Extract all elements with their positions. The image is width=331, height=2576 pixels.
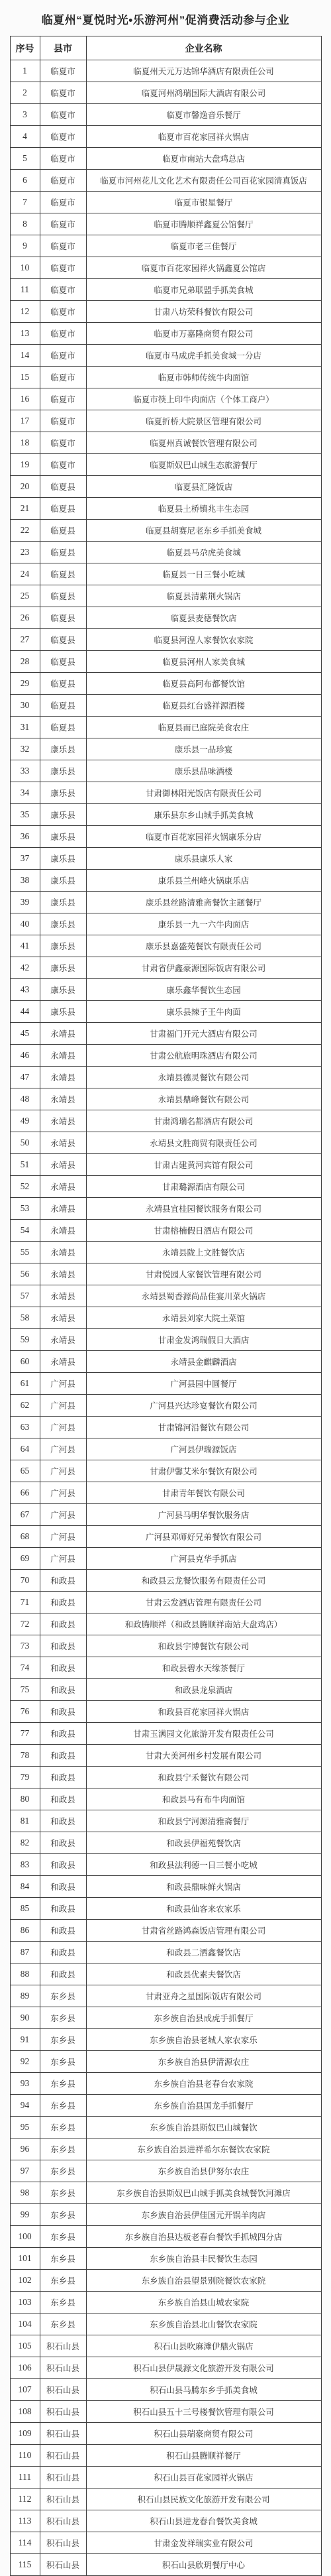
table-row: 10临夏市临夏市百花家园祥火锅鑫夏公馆店 xyxy=(10,257,321,279)
company-name-cell: 和政县马有布牛肉面馆 xyxy=(86,1788,321,1810)
table-row: 68广河县广河县邓师好兄弟餐饮有限公司 xyxy=(10,1526,321,1548)
county-cell: 积石山县 xyxy=(40,2445,86,2467)
county-cell: 康乐县 xyxy=(40,913,86,935)
row-index-cell: 61 xyxy=(10,1373,40,1395)
row-index-cell: 4 xyxy=(10,126,40,148)
county-cell: 康乐县 xyxy=(40,870,86,892)
company-name-cell: 东乡族自治县丰民餐饮生态园 xyxy=(86,2248,321,2270)
table-row: 98东乡县东乡族自治县斯奴巴山城手抓美食城餐饮河滩店 xyxy=(10,2182,321,2204)
county-cell: 永靖县 xyxy=(40,1176,86,1198)
table-row: 29临夏县临夏县高阿布都餐饮馆 xyxy=(10,673,321,695)
company-name-cell: 积石山县腾顺祥餐厅 xyxy=(86,2445,321,2467)
table-row: 103东乡县东乡族自治县山城农家院 xyxy=(10,2292,321,2313)
row-index-cell: 112 xyxy=(10,2488,40,2510)
county-cell: 积石山县 xyxy=(40,2532,86,2554)
county-cell: 永靖县 xyxy=(40,1023,86,1045)
company-name-cell: 临夏县而已庭院美食农庄 xyxy=(86,717,321,738)
company-name-cell: 积石山县伊晟源文化旅游开发有限公司 xyxy=(86,2357,321,2379)
table-row: 89东乡县甘肃亚舟之星国际饭店有限公司 xyxy=(10,1985,321,2007)
company-name-cell: 临夏州天元万达锦华酒店有限责任公司 xyxy=(86,60,321,82)
row-index-cell: 87 xyxy=(10,1942,40,1963)
table-row: 11临夏市临夏市兄弟联盟手抓美食城 xyxy=(10,279,321,301)
company-name-cell: 甘肃古建黄河宾馆有限公司 xyxy=(86,1154,321,1176)
table-row: 21临夏县临夏县土桥镇兆丰生态园 xyxy=(10,498,321,520)
table-row: 55永靖县永靖县陇上文胜餐饮店 xyxy=(10,1242,321,1263)
company-name-cell: 甘肃鸿瑞名都酒店有限公司 xyxy=(86,1110,321,1132)
company-name-cell: 永靖县德灵餐饮有限公司 xyxy=(86,1067,321,1088)
table-row: 69广河县广河县克华手抓店 xyxy=(10,1548,321,1570)
company-name-cell: 康乐县东乡山城手抓美食城 xyxy=(86,804,321,826)
county-cell: 康乐县 xyxy=(40,760,86,782)
table-row: 18临夏市临夏州真诚餐饮管理有限公司 xyxy=(10,432,321,454)
table-row: 20临夏县临夏县汇隆饭店 xyxy=(10,476,321,498)
table-row: 100东乡县东乡族自治县达板老春台餐饮手抓城四分店 xyxy=(10,2226,321,2248)
table-row: 28临夏县临夏县河州人家美食城 xyxy=(10,651,321,673)
table-row: 8临夏市临夏市腾顺祥鑫夏公馆餐厅 xyxy=(10,213,321,235)
company-name-cell: 临夏县河州人家美食城 xyxy=(86,651,321,673)
table-row: 43康乐县康乐鑫华餐饮生态园 xyxy=(10,979,321,1001)
row-index-cell: 37 xyxy=(10,848,40,870)
county-cell: 康乐县 xyxy=(40,892,86,913)
county-cell: 永靖县 xyxy=(40,1132,86,1154)
row-index-cell: 58 xyxy=(10,1307,40,1329)
company-name-cell: 康乐鑫华餐饮生态园 xyxy=(86,979,321,1001)
table-row: 31临夏县临夏县而已庭院美食农庄 xyxy=(10,717,321,738)
row-index-cell: 75 xyxy=(10,1679,40,1701)
company-name-cell: 和政腾顺祥（和政县腾顺祥南站大盘鸡店） xyxy=(86,1613,321,1635)
county-cell: 临夏县 xyxy=(40,476,86,498)
row-index-cell: 10 xyxy=(10,257,40,279)
row-index-cell: 27 xyxy=(10,629,40,651)
company-name-cell: 积石山县瑞豪商贸有限公司 xyxy=(86,2423,321,2445)
row-index-cell: 49 xyxy=(10,1110,40,1132)
company-name-cell: 临夏市腾顺祥鑫夏公馆餐厅 xyxy=(86,213,321,235)
row-index-cell: 90 xyxy=(10,2007,40,2029)
row-index-cell: 1 xyxy=(10,60,40,82)
county-cell: 临夏县 xyxy=(40,629,86,651)
table-row: 49永靖县甘肃鸿瑞名都酒店有限公司 xyxy=(10,1110,321,1132)
company-name-cell: 和政县宁河源清雅斋餐厅 xyxy=(86,1810,321,1832)
county-cell: 东乡县 xyxy=(40,2204,86,2226)
table-row: 79和政县和政县宁禾餐饮有限公司 xyxy=(10,1767,321,1788)
county-cell: 永靖县 xyxy=(40,1045,86,1067)
company-name-cell: 临夏折桥大院景区管理有限公司 xyxy=(86,410,321,432)
company-name-cell: 东乡族自治县老城人家农家乐 xyxy=(86,2029,321,2051)
table-row: 61广河县广河县园中圆餐厅 xyxy=(10,1373,321,1395)
county-cell: 和政县 xyxy=(40,1832,86,1854)
company-name-cell: 和政县百花家园祥火锅店 xyxy=(86,1701,321,1723)
company-name-cell: 甘肃福门开元大酒店有限公司 xyxy=(86,1023,321,1045)
table-row: 71和政县甘肃云发酒店管理有限责任公司 xyxy=(10,1592,321,1613)
row-index-cell: 92 xyxy=(10,2051,40,2073)
company-name-cell: 东乡族自治县山城农家院 xyxy=(86,2292,321,2313)
row-index-cell: 39 xyxy=(10,892,40,913)
table-row: 25临夏县临夏县清紫荆火锅店 xyxy=(10,585,321,607)
company-name-cell: 临夏市老三佳餐厅 xyxy=(86,235,321,257)
county-cell: 和政县 xyxy=(40,1613,86,1635)
table-row: 60永靖县永靖县金麒麟酒店 xyxy=(10,1351,321,1373)
county-cell: 永靖县 xyxy=(40,1220,86,1242)
row-index-cell: 96 xyxy=(10,2138,40,2160)
row-index-cell: 22 xyxy=(10,520,40,542)
company-name-cell: 广河县伊瑞源饭店 xyxy=(86,1438,321,1460)
table-row: 67广河县广河县马明华餐饮服务店 xyxy=(10,1504,321,1526)
column-header-company-name: 企业名称 xyxy=(86,36,321,60)
county-cell: 广河县 xyxy=(40,1438,86,1460)
company-name-cell: 东乡族自治县老春台农家院 xyxy=(86,2073,321,2095)
row-index-cell: 70 xyxy=(10,1570,40,1592)
row-index-cell: 9 xyxy=(10,235,40,257)
table-row: 65广河县甘肃伊馨艾米尔餐饮有限公司 xyxy=(10,1460,321,1482)
row-index-cell: 50 xyxy=(10,1132,40,1154)
county-cell: 和政县 xyxy=(40,1810,86,1832)
company-name-cell: 和政县法利德一日三餐小吃城 xyxy=(86,1854,321,1876)
county-cell: 积石山县 xyxy=(40,2379,86,2401)
table-row: 47永靖县永靖县德灵餐饮有限公司 xyxy=(10,1067,321,1088)
row-index-cell: 82 xyxy=(10,1832,40,1854)
county-cell: 和政县 xyxy=(40,1854,86,1876)
company-name-cell: 和政县碧水天缘茶餐厅 xyxy=(86,1657,321,1679)
table-row: 57永靖县永靖县蜀香源尚品佳宴川菜火锅店 xyxy=(10,1285,321,1307)
company-name-cell: 临夏市筷上印牛肉面店（个体工商户） xyxy=(86,388,321,410)
company-name-cell: 临夏县一日三餐小吃城 xyxy=(86,563,321,585)
company-name-cell: 东乡族自治县斯奴巴山城手抓美食城餐饮河滩店 xyxy=(86,2182,321,2204)
table-row: 77和政县甘肃玉满园文化旅游开发有限责任公司 xyxy=(10,1723,321,1745)
company-name-cell: 康乐县品味酒楼 xyxy=(86,760,321,782)
company-name-cell: 临夏市马成虎手抓美食城一分店 xyxy=(86,345,321,367)
company-name-cell: 东乡族自治县达板老春台餐饮手抓城四分店 xyxy=(86,2226,321,2248)
county-cell: 和政县 xyxy=(40,1898,86,1920)
company-name-cell: 甘肃云发酒店管理有限责任公司 xyxy=(86,1592,321,1613)
company-name-cell: 临夏县麦德餐饮店 xyxy=(86,607,321,629)
table-row: 53永靖县永靖县宜桂园餐饮服务有限公司 xyxy=(10,1198,321,1220)
county-cell: 临夏市 xyxy=(40,192,86,213)
column-header-county: 县市 xyxy=(40,36,86,60)
company-name-cell: 临夏县清紫荆火锅店 xyxy=(86,585,321,607)
table-row: 5临夏市临夏市南站大盘鸡总店 xyxy=(10,148,321,170)
company-name-cell: 甘肃青年餐饮有限公司 xyxy=(86,1482,321,1504)
table-row: 80和政县和政县马有布牛肉面馆 xyxy=(10,1788,321,1810)
table-row: 26临夏县临夏县麦德餐饮店 xyxy=(10,607,321,629)
company-name-cell: 临夏县高阿布都餐饮馆 xyxy=(86,673,321,695)
row-index-cell: 71 xyxy=(10,1592,40,1613)
row-index-cell: 23 xyxy=(10,542,40,563)
table-row: 110积石山县积石山县腾顺祥餐厅 xyxy=(10,2445,321,2467)
company-name-cell: 临夏县土桥镇兆丰生态园 xyxy=(86,498,321,520)
header-row: 序号 县市 企业名称 xyxy=(10,36,321,60)
company-name-cell: 甘肃省伊鑫豪源国际饭店有限公司 xyxy=(86,957,321,979)
company-name-cell: 康乐县丝路清雅斋餐饮主题餐厅 xyxy=(86,892,321,913)
row-index-cell: 44 xyxy=(10,1001,40,1023)
table-row: 59永靖县甘肃金发鸿瑞假日大酒店 xyxy=(10,1329,321,1351)
table-row: 51永靖县甘肃古建黄河宾馆有限公司 xyxy=(10,1154,321,1176)
county-cell: 永靖县 xyxy=(40,1067,86,1088)
table-row: 109积石山县积石山县瑞豪商贸有限公司 xyxy=(10,2423,321,2445)
table-row: 73和政县和政县宇博餐饮有限公司 xyxy=(10,1635,321,1657)
table-row: 39康乐县康乐县丝路清雅斋餐饮主题餐厅 xyxy=(10,892,321,913)
row-index-cell: 67 xyxy=(10,1504,40,1526)
row-index-cell: 68 xyxy=(10,1526,40,1548)
company-name-cell: 东乡族自治县伊佳国元开锅羊肉店 xyxy=(86,2204,321,2226)
county-cell: 和政县 xyxy=(40,1592,86,1613)
county-cell: 临夏市 xyxy=(40,345,86,367)
table-row: 7临夏市临夏市银星餐厅 xyxy=(10,192,321,213)
county-cell: 永靖县 xyxy=(40,1307,86,1329)
company-name-cell: 和政县宇博餐饮有限公司 xyxy=(86,1635,321,1657)
county-cell: 临夏市 xyxy=(40,301,86,323)
company-name-cell: 广河县马明华餐饮服务店 xyxy=(86,1504,321,1526)
row-index-cell: 83 xyxy=(10,1854,40,1876)
table-row: 15临夏市临夏市韩师传统牛肉面馆 xyxy=(10,367,321,388)
row-index-cell: 40 xyxy=(10,913,40,935)
county-cell: 积石山县 xyxy=(40,2510,86,2532)
table-row: 78和政县甘肃大美河州乡村发展有限公司 xyxy=(10,1745,321,1767)
table-row: 30临夏县临夏县红台盛祥源酒楼 xyxy=(10,695,321,717)
county-cell: 东乡县 xyxy=(40,2095,86,2117)
table-row: 17临夏市临夏折桥大院景区管理有限公司 xyxy=(10,410,321,432)
table-row: 4临夏市临夏市百花家园祥火锅店 xyxy=(10,126,321,148)
county-cell: 永靖县 xyxy=(40,1329,86,1351)
table-row: 44康乐县康乐县辣子王牛肉面 xyxy=(10,1001,321,1023)
row-index-cell: 53 xyxy=(10,1198,40,1220)
county-cell: 广河县 xyxy=(40,1395,86,1417)
row-index-cell: 105 xyxy=(10,2335,40,2357)
table-row: 63广河县甘肃锦河沿餐饮有限公司 xyxy=(10,1417,321,1438)
company-name-cell: 甘肃悦园人家餐饮管理有限公司 xyxy=(86,1263,321,1285)
company-name-cell: 东乡族自治县斯奴巴山城餐饮 xyxy=(86,2117,321,2138)
table-row: 74和政县和政县碧水天缘茶餐厅 xyxy=(10,1657,321,1679)
table-row: 83和政县和政县法利德一日三餐小吃城 xyxy=(10,1854,321,1876)
row-index-cell: 91 xyxy=(10,2029,40,2051)
county-cell: 东乡县 xyxy=(40,2292,86,2313)
company-name-cell: 康乐县一九一六牛肉面店 xyxy=(86,913,321,935)
county-cell: 和政县 xyxy=(40,1876,86,1898)
row-index-cell: 52 xyxy=(10,1176,40,1198)
table-row: 99东乡县东乡族自治县伊佳国元开锅羊肉店 xyxy=(10,2204,321,2226)
county-cell: 东乡县 xyxy=(40,2007,86,2029)
row-index-cell: 17 xyxy=(10,410,40,432)
row-index-cell: 76 xyxy=(10,1701,40,1723)
table-row: 37康乐县康乐县康乐人家 xyxy=(10,848,321,870)
county-cell: 临夏市 xyxy=(40,279,86,301)
county-cell: 康乐县 xyxy=(40,826,86,848)
company-name-cell: 临夏县胡赛尼老东乡手抓美食城 xyxy=(86,520,321,542)
row-index-cell: 95 xyxy=(10,2117,40,2138)
row-index-cell: 28 xyxy=(10,651,40,673)
row-index-cell: 107 xyxy=(10,2379,40,2401)
row-index-cell: 35 xyxy=(10,804,40,826)
company-name-cell: 康乐县辣子王牛肉面 xyxy=(86,1001,321,1023)
table-row: 75和政县和政县龙泉酒店 xyxy=(10,1679,321,1701)
row-index-cell: 88 xyxy=(10,1963,40,1985)
row-index-cell: 11 xyxy=(10,279,40,301)
county-cell: 临夏市 xyxy=(40,257,86,279)
company-name-cell: 永靖县鼎峰餐饮有限公司 xyxy=(86,1088,321,1110)
row-index-cell: 12 xyxy=(10,301,40,323)
county-cell: 永靖县 xyxy=(40,1154,86,1176)
table-row: 70和政县和政县云龙餐饮服务有限责任公司 xyxy=(10,1570,321,1592)
row-index-cell: 54 xyxy=(10,1220,40,1242)
company-name-cell: 永靖县宜桂园餐饮服务有限公司 xyxy=(86,1198,321,1220)
company-name-cell: 东乡族自治县伊清源农庄 xyxy=(86,2051,321,2073)
company-name-cell: 临夏市馨逸音乐餐厅 xyxy=(86,104,321,126)
table-row: 14临夏市临夏市马成虎手抓美食城一分店 xyxy=(10,345,321,367)
table-row: 115积石山县积石山县欣玥餐厅中心 xyxy=(10,2554,321,2576)
county-cell: 临夏县 xyxy=(40,498,86,520)
company-name-cell: 康乐县兰州峰火锅康乐店 xyxy=(86,870,321,892)
company-name-cell: 永靖县文胜商贸有限责任公司 xyxy=(86,1132,321,1154)
company-name-cell: 甘肃八坊荣科餐饮有限公司 xyxy=(86,301,321,323)
county-cell: 康乐县 xyxy=(40,848,86,870)
table-row: 58永靖县永靖县刘家大院土菜馆 xyxy=(10,1307,321,1329)
table-row: 56永靖县甘肃悦园人家餐饮管理有限公司 xyxy=(10,1263,321,1285)
table-row: 114积石山县甘肃金发祥瑞实业有限公司 xyxy=(10,2532,321,2554)
row-index-cell: 30 xyxy=(10,695,40,717)
row-index-cell: 42 xyxy=(10,957,40,979)
table-row: 88和政县和政县优素夫餐饮店 xyxy=(10,1963,321,1985)
company-name-cell: 东乡族自治县伊努尔农庄 xyxy=(86,2160,321,2182)
county-cell: 和政县 xyxy=(40,1963,86,1985)
table-row: 2临夏市临夏河州鸿瑞国际大酒店有限公司 xyxy=(10,82,321,104)
company-name-cell: 和政县优素夫餐饮店 xyxy=(86,1963,321,1985)
table-row: 66广河县甘肃青年餐饮有限公司 xyxy=(10,1482,321,1504)
company-name-cell: 康乐县康乐人家 xyxy=(86,848,321,870)
company-name-cell: 积石山县欣玥餐厅中心 xyxy=(86,2554,321,2576)
county-cell: 积石山县 xyxy=(40,2554,86,2576)
row-index-cell: 16 xyxy=(10,388,40,410)
company-name-cell: 广河县兴达珍宴餐饮有限公司 xyxy=(86,1395,321,1417)
row-index-cell: 103 xyxy=(10,2292,40,2313)
county-cell: 临夏市 xyxy=(40,104,86,126)
company-name-cell: 临夏县汇隆饭店 xyxy=(86,476,321,498)
table-row: 112积石山县积石山县民族文化旅游开发有限公司 xyxy=(10,2488,321,2510)
county-cell: 东乡县 xyxy=(40,2160,86,2182)
row-index-cell: 73 xyxy=(10,1635,40,1657)
table-row: 52永靖县甘肃璐源酒店有限公司 xyxy=(10,1176,321,1198)
company-name-cell: 临夏县河湟人家餐饮农家院 xyxy=(86,629,321,651)
table-row: 111积石山县积石山县百花家园祥火锅店 xyxy=(10,2467,321,2488)
row-index-cell: 43 xyxy=(10,979,40,1001)
row-index-cell: 8 xyxy=(10,213,40,235)
company-name-cell: 和政县宁禾餐饮有限公司 xyxy=(86,1767,321,1788)
company-name-cell: 临夏市河州花儿文化艺术有限责任公司百花家园清真饭店 xyxy=(86,170,321,192)
row-index-cell: 63 xyxy=(10,1417,40,1438)
county-cell: 临夏县 xyxy=(40,673,86,695)
participants-table: 序号 县市 企业名称 1临夏市临夏州天元万达锦华酒店有限责任公司2临夏市临夏河州… xyxy=(10,36,322,2576)
table-row: 36康乐县临夏市百花家园祥火锅康乐分店 xyxy=(10,826,321,848)
row-index-cell: 7 xyxy=(10,192,40,213)
county-cell: 东乡县 xyxy=(40,2182,86,2204)
page-title: 临夏州“夏悦时光•乐游河州”促消费活动参与企业 xyxy=(0,0,331,36)
company-name-cell: 广河县邓师好兄弟餐饮有限公司 xyxy=(86,1526,321,1548)
company-name-cell: 临夏市韩师传统牛肉面馆 xyxy=(86,367,321,388)
county-cell: 广河县 xyxy=(40,1482,86,1504)
county-cell: 东乡县 xyxy=(40,2226,86,2248)
company-name-cell: 临夏县红台盛祥源酒楼 xyxy=(86,695,321,717)
county-cell: 永靖县 xyxy=(40,1285,86,1307)
table-row: 81和政县和政县宁河源清雅斋餐厅 xyxy=(10,1810,321,1832)
company-name-cell: 积石山县吹麻滩伊鼎火锅店 xyxy=(86,2335,321,2357)
table-row: 27临夏县临夏县河湟人家餐饮农家院 xyxy=(10,629,321,651)
table-row: 86和政县甘肃省丝路鸿森饭店管理有限公司 xyxy=(10,1920,321,1942)
company-name-cell: 甘肃亚舟之星国际饭店有限公司 xyxy=(86,1985,321,2007)
row-index-cell: 56 xyxy=(10,1263,40,1285)
row-index-cell: 48 xyxy=(10,1088,40,1110)
county-cell: 和政县 xyxy=(40,1942,86,1963)
table-row: 87和政县和政县二洒鑫餐饮店 xyxy=(10,1942,321,1963)
county-cell: 和政县 xyxy=(40,1920,86,1942)
row-index-cell: 113 xyxy=(10,2510,40,2532)
table-row: 72和政县和政腾顺祥（和政县腾顺祥南站大盘鸡店） xyxy=(10,1613,321,1635)
table-row: 54永靖县甘肃榕楠假日酒店有限公司 xyxy=(10,1220,321,1242)
county-cell: 和政县 xyxy=(40,1745,86,1767)
row-index-cell: 5 xyxy=(10,148,40,170)
table-row: 91东乡县东乡族自治县老城人家农家乐 xyxy=(10,2029,321,2051)
table-row: 108积石山县积石山县五十三号楼餐饮管理有限公司 xyxy=(10,2401,321,2423)
table-row: 64广河县广河县伊瑞源饭店 xyxy=(10,1438,321,1460)
row-index-cell: 99 xyxy=(10,2204,40,2226)
table-row: 23临夏县临夏县马尕虎美食城 xyxy=(10,542,321,563)
table-body: 1临夏市临夏州天元万达锦华酒店有限责任公司2临夏市临夏河州鸿瑞国际大酒店有限公司… xyxy=(10,60,321,2576)
row-index-cell: 102 xyxy=(10,2270,40,2292)
county-cell: 临夏市 xyxy=(40,60,86,82)
county-cell: 临夏市 xyxy=(40,170,86,192)
county-cell: 广河县 xyxy=(40,1526,86,1548)
county-cell: 积石山县 xyxy=(40,2423,86,2445)
row-index-cell: 60 xyxy=(10,1351,40,1373)
row-index-cell: 15 xyxy=(10,367,40,388)
table-row: 13临夏市临夏市万嘉隆商贸有限公司 xyxy=(10,323,321,345)
table-row: 22临夏县临夏县胡赛尼老东乡手抓美食城 xyxy=(10,520,321,542)
row-index-cell: 93 xyxy=(10,2073,40,2095)
county-cell: 积石山县 xyxy=(40,2401,86,2423)
table-row: 46永靖县甘肃公航旅明珠酒店有限公司 xyxy=(10,1045,321,1067)
row-index-cell: 29 xyxy=(10,673,40,695)
county-cell: 临夏县 xyxy=(40,695,86,717)
row-index-cell: 51 xyxy=(10,1154,40,1176)
company-name-cell: 和政县仙客来农家乐 xyxy=(86,1898,321,1920)
county-cell: 和政县 xyxy=(40,1723,86,1745)
table-row: 42康乐县甘肃省伊鑫豪源国际饭店有限公司 xyxy=(10,957,321,979)
table-row: 76和政县和政县百花家园祥火锅店 xyxy=(10,1701,321,1723)
company-name-cell: 积石山县进龙春台餐饮美食城 xyxy=(86,2510,321,2532)
county-cell: 广河县 xyxy=(40,1417,86,1438)
company-name-cell: 和政县鼎味鲜火锅店 xyxy=(86,1876,321,1898)
table-row: 1临夏市临夏州天元万达锦华酒店有限责任公司 xyxy=(10,60,321,82)
table-row: 93东乡县东乡族自治县老春台农家院 xyxy=(10,2073,321,2095)
county-cell: 康乐县 xyxy=(40,979,86,1001)
county-cell: 积石山县 xyxy=(40,2488,86,2510)
county-cell: 东乡县 xyxy=(40,2073,86,2095)
county-cell: 临夏市 xyxy=(40,235,86,257)
row-index-cell: 97 xyxy=(10,2160,40,2182)
row-index-cell: 80 xyxy=(10,1788,40,1810)
county-cell: 临夏县 xyxy=(40,607,86,629)
column-header-no: 序号 xyxy=(10,36,40,60)
row-index-cell: 47 xyxy=(10,1067,40,1088)
company-name-cell: 临夏市百花家园祥火锅店 xyxy=(86,126,321,148)
county-cell: 广河县 xyxy=(40,1548,86,1570)
county-cell: 永靖县 xyxy=(40,1110,86,1132)
county-cell: 临夏县 xyxy=(40,585,86,607)
county-cell: 永靖县 xyxy=(40,1351,86,1373)
county-cell: 东乡县 xyxy=(40,2270,86,2292)
table-row: 95东乡县东乡族自治县斯奴巴山城餐饮 xyxy=(10,2117,321,2138)
county-cell: 和政县 xyxy=(40,1767,86,1788)
company-name-cell: 甘肃璐源酒店有限公司 xyxy=(86,1176,321,1198)
row-index-cell: 34 xyxy=(10,782,40,804)
county-cell: 积石山县 xyxy=(40,2357,86,2379)
